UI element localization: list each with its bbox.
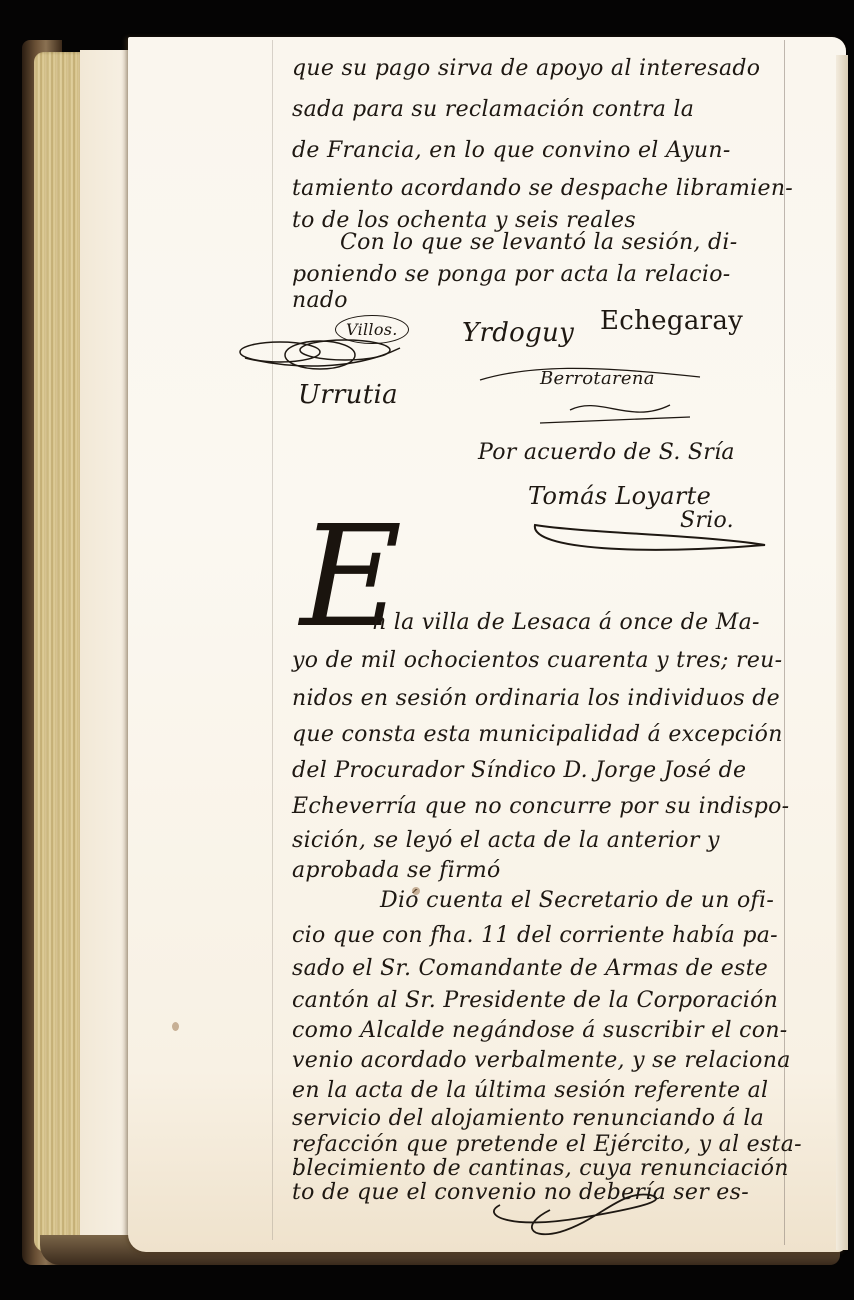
- text-line: sición, se leyó el acta de la anterior y: [292, 830, 720, 852]
- text-line: venio acordado verbalmente, y se relacio…: [292, 1050, 791, 1072]
- text-line: tamiento acordando se despache libramien…: [292, 178, 793, 200]
- text-line: en la acta de la última sesión referente…: [292, 1080, 768, 1102]
- text-line: Dió cuenta el Secretario de un ofi-: [380, 890, 774, 912]
- text-line: de Francia, en lo que convino el Ayun-: [292, 140, 731, 162]
- text-line: aprobada se firmó: [292, 860, 501, 882]
- text-line: cantón al Sr. Presidente de la Corporaci…: [292, 990, 778, 1012]
- text-line: nado: [292, 290, 348, 312]
- signature-urrutia: Urrutia: [298, 380, 398, 410]
- signature-flourish: [235, 330, 405, 380]
- text-line: que su pago sirva de apoyo al interesado: [292, 58, 760, 80]
- secretary-note: Por acuerdo de S. Sría: [478, 440, 735, 465]
- text-line: servicio del alojamiento renunciando á l…: [292, 1108, 764, 1130]
- text-line: poniendo se ponga por acta la relacio-: [292, 264, 731, 286]
- text-line: sada para su reclamación contra la: [292, 99, 694, 121]
- signature-berrotarena: Berrotarena: [540, 368, 655, 389]
- signature-yrdoguy: Yrdoguy: [462, 318, 574, 348]
- text-line: Echeverría que no concurre por su indisp…: [292, 796, 789, 818]
- manuscript-book: que su pago sirva de apoyo al interesado…: [0, 0, 854, 1300]
- text-line: como Alcalde negándose á suscribir el co…: [292, 1020, 788, 1042]
- text-line: sado el Sr. Comandante de Armas de este: [292, 958, 768, 980]
- ink-stain: [412, 887, 420, 895]
- text-line: blecimiento de cantinas, cuya renunciaci…: [292, 1158, 789, 1180]
- text-line: cio que con fha. 11 del corriente había …: [292, 925, 778, 947]
- signature-flourish: [525, 505, 775, 565]
- text-line: del Procurador Síndico D. Jorge José de: [292, 760, 746, 782]
- signature-flourish: [470, 355, 710, 435]
- text-line: refacción que pretende el Ejército, y al…: [292, 1134, 802, 1156]
- text-line: yo de mil ochocientos cuarenta y tres; r…: [292, 650, 782, 672]
- signature-echegaray: Echegaray: [600, 306, 743, 336]
- paper-stain: [172, 1022, 179, 1031]
- left-margin-rule: [272, 40, 273, 1240]
- text-line: to de los ochenta y seis reales: [292, 210, 636, 232]
- text-line: que consta esta municipalidad á excepció…: [292, 724, 783, 746]
- text-line: Con lo que se levantó la sesión, di-: [340, 232, 737, 254]
- text-line: nidos en sesión ordinaria los individuos…: [292, 688, 780, 710]
- closing-flourish: [480, 1190, 680, 1240]
- text-line: n la villa de Lesaca á once de Ma-: [372, 612, 760, 634]
- page-right-curl: [836, 55, 848, 1250]
